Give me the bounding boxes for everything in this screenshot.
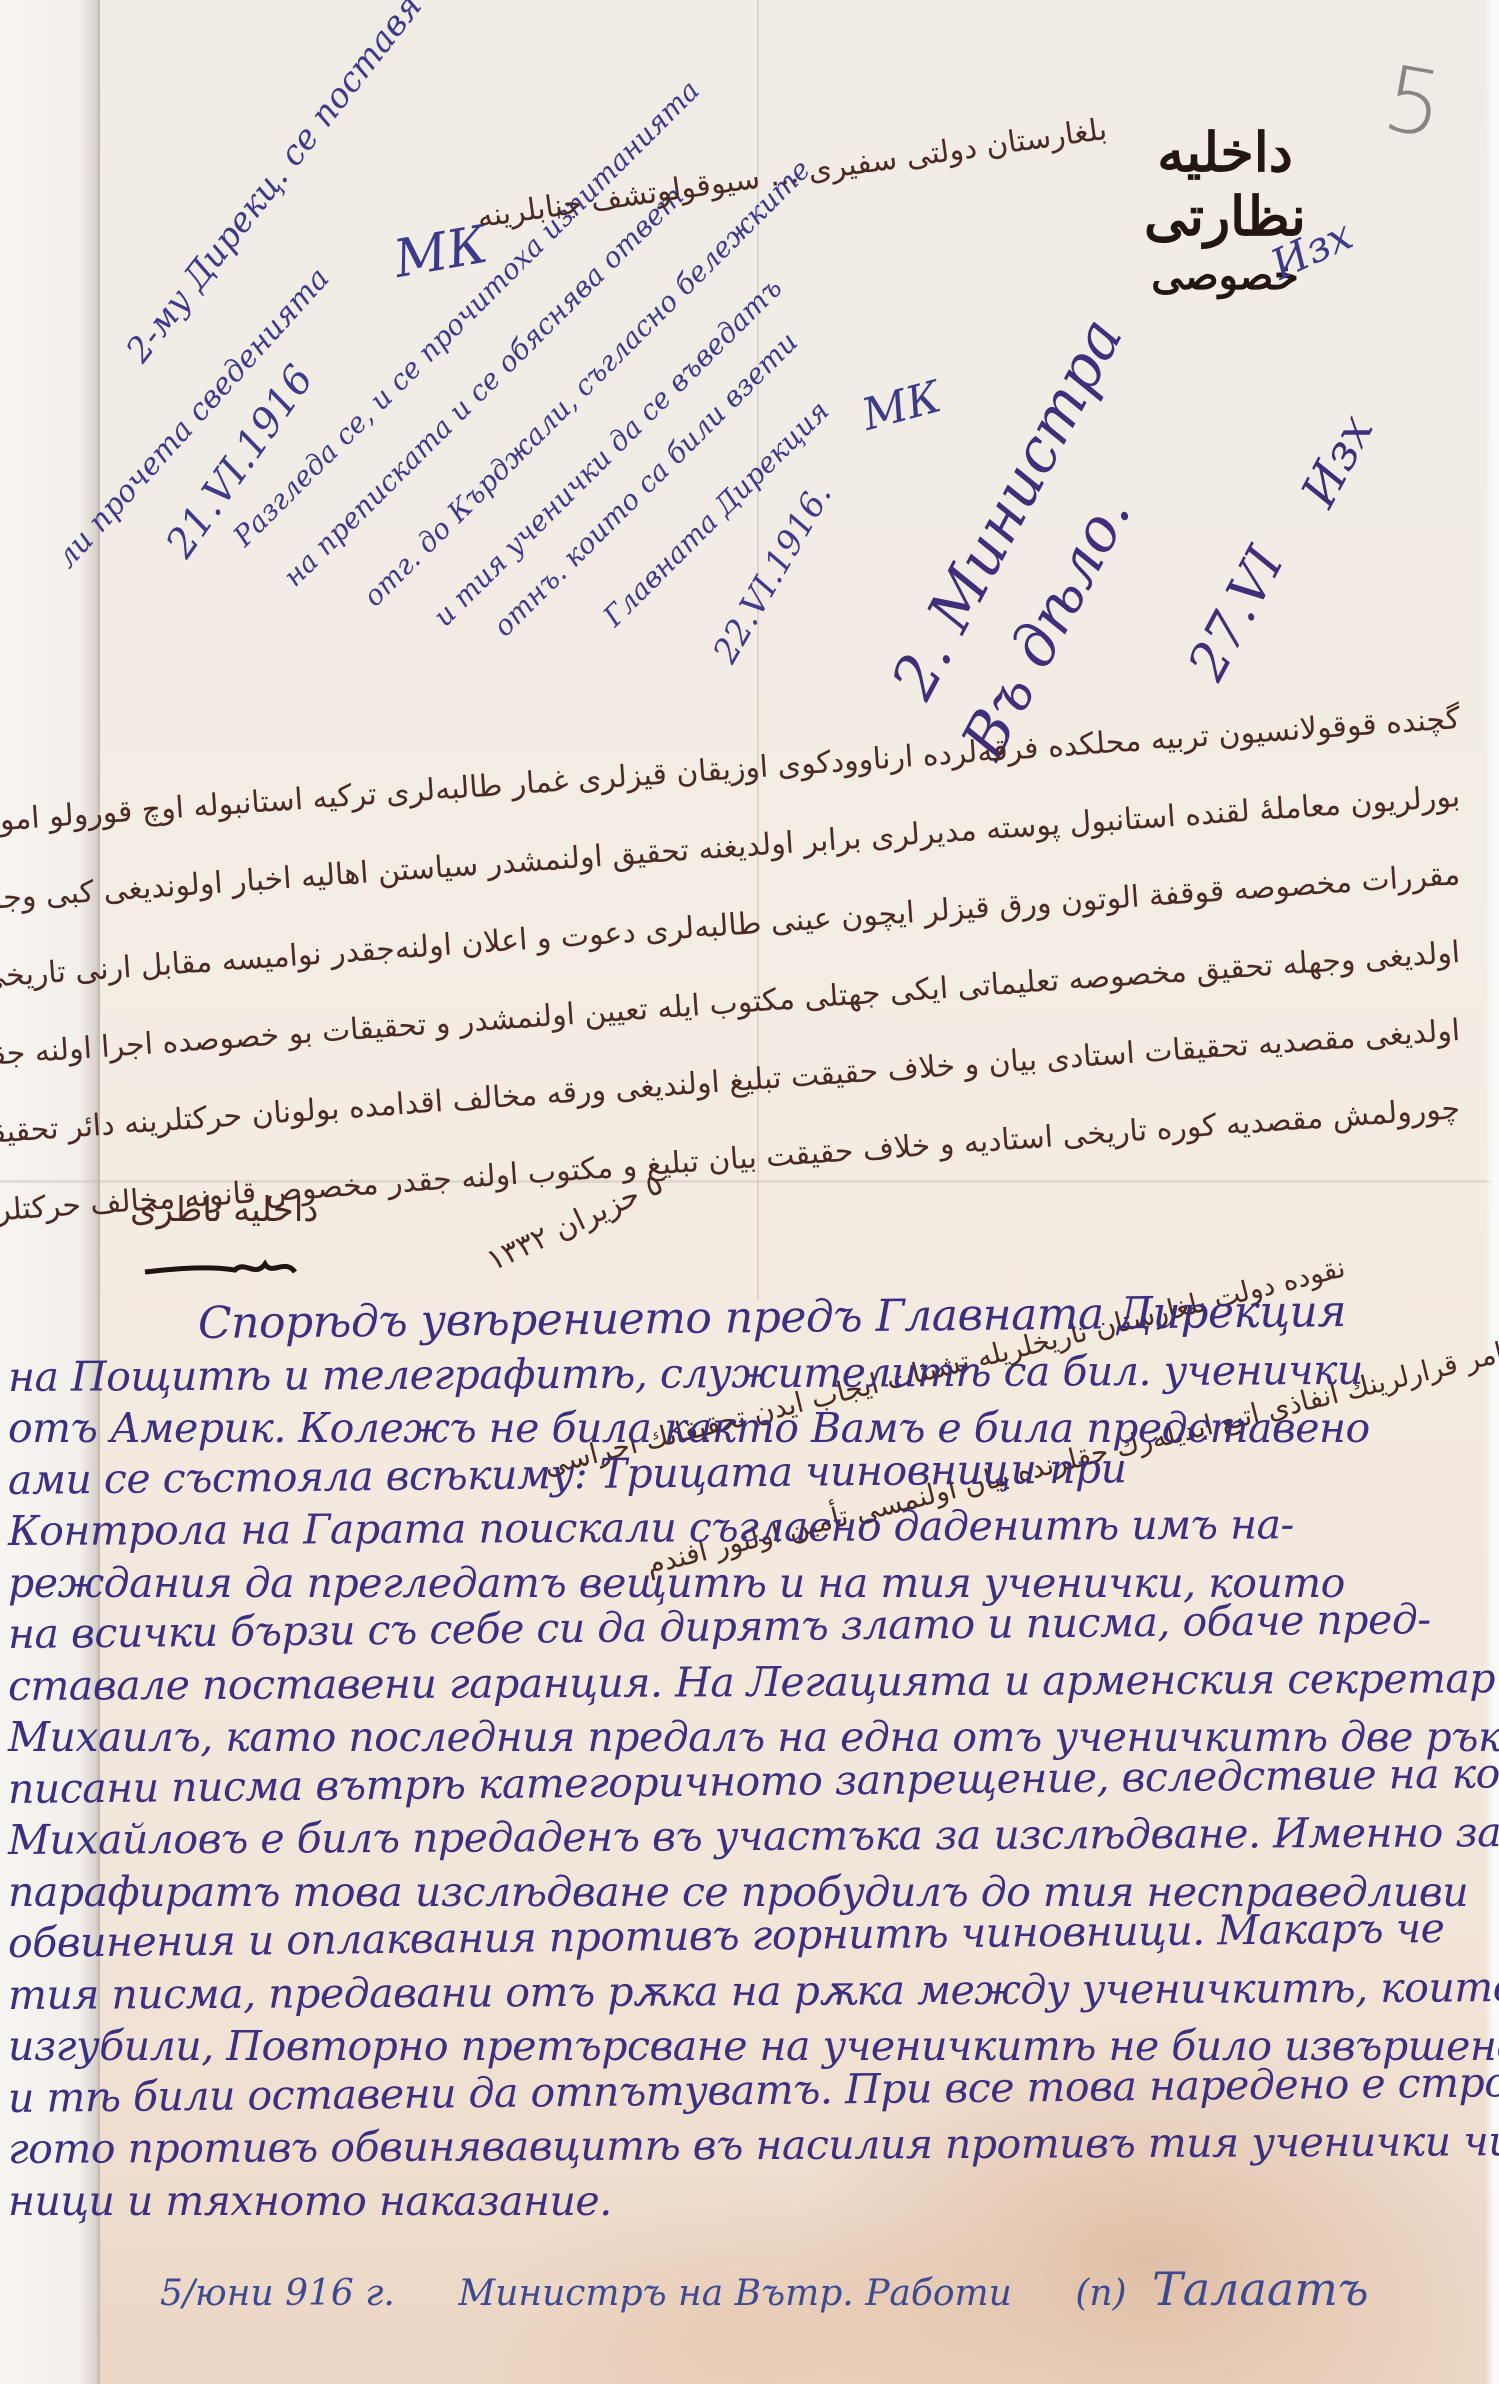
footer-title: Министръ на Вътр. Работи	[458, 2273, 1012, 2314]
bulgarian-translation: Спорѣдъ увѣрението предъ Главната Дирекц…	[8, 1300, 1488, 2227]
letterhead: داخلیه نظارتی خصوصی	[1080, 120, 1370, 299]
signature-flourish-icon	[140, 1250, 300, 1284]
footer-signed-mark: (п)	[1075, 2273, 1126, 2314]
ottoman-text-body: گچنده قوقولانسیون تربیه محلکده فرقه‌لرده…	[20, 680, 1460, 1148]
ottoman-signature: داخلیه ناظری	[130, 1190, 318, 1230]
footer-signatory: Талаатъ	[1152, 2262, 1369, 2316]
footer-signature-line: 5/юни 916 г. Министръ на Вътр. Работи (п…	[160, 2262, 1421, 2316]
translation-line: Контрола на Гарата поискали съгласно дад…	[8, 1498, 1488, 1557]
translation-line: на Пощитѣ и телеграфитѣ, служителитѣ са …	[8, 1344, 1488, 1403]
translation-line: гото противъ обвинявавцитѣ въ насилия пр…	[8, 2116, 1488, 2175]
translation-line: Михайловъ е билъ предаденъ въ участъка з…	[8, 1807, 1488, 1866]
translation-line: тия писма, предавани отъ рѫка на рѫка ме…	[8, 1962, 1488, 2021]
footer-date: 5/юни 916 г.	[160, 2273, 395, 2314]
translation-line: ставале поставени гаранция. На Легацията…	[8, 1653, 1488, 1712]
translation-line: ници и тяхното наказание.	[8, 2176, 1488, 2228]
